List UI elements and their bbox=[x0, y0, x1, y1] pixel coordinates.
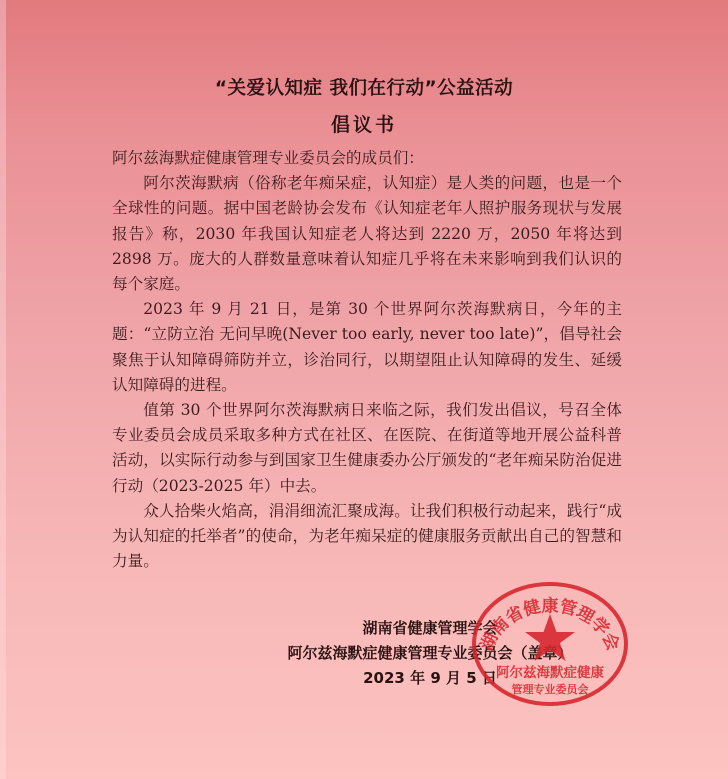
salutation: 阿尔兹海默症健康管理专业委员会的成员们： bbox=[112, 146, 622, 171]
svg-text:管理专业委员会: 管理专业委员会 bbox=[512, 682, 589, 696]
paragraph-1: 阿尔茨海默病（俗称老年痴呆症，认知症）是人类的问题，也是一个全球性的问题。据中国… bbox=[112, 171, 622, 297]
document-subtitle: 倡议书 bbox=[0, 110, 728, 137]
document-title: “关爱认知症 我们在行动”公益活动 bbox=[0, 74, 728, 100]
svg-text:阿尔兹海默症健康: 阿尔兹海默症健康 bbox=[496, 664, 604, 681]
paragraph-4: 众人拾柴火焰高，涓涓细流汇聚成海。让我们积极行动起来，践行“成为认知症的托举者”… bbox=[112, 499, 622, 575]
paragraph-3: 值第 30 个世界阿尔茨海默病日来临之际，我们发出倡议，号召全体专业委员会成员采… bbox=[112, 398, 622, 499]
paragraph-2: 2023 年 9 月 21 日，是第 30 个世界阿尔茨海默病日，今年的主题：“… bbox=[112, 297, 622, 398]
document-body: 阿尔兹海默症健康管理专业委员会的成员们： 阿尔茨海默病（俗称老年痴呆症，认知症）… bbox=[112, 146, 622, 574]
official-seal-stamp-icon: 湖南省健康管理学会 阿尔兹海默症健康 管理专业委员会 bbox=[470, 580, 630, 708]
